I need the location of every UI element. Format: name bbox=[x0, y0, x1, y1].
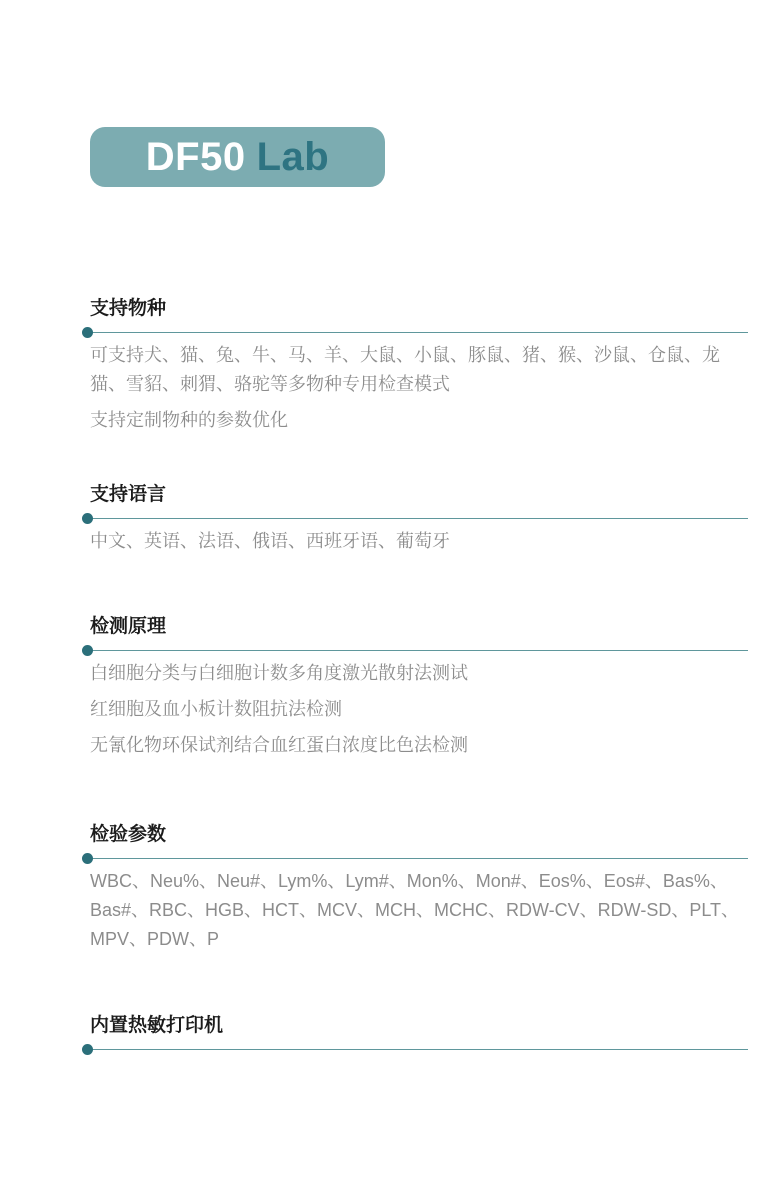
section-divider bbox=[82, 513, 748, 524]
section-test-parameters: 检验参数 WBC、Neu%、Neu#、Lym%、Lym#、Mon%、Mon#、E… bbox=[90, 823, 748, 961]
section-divider bbox=[82, 853, 748, 864]
section-detection-principle: 检测原理 白细胞分类与白细胞计数多角度激光散射法测试 红细胞及血小板计数阻抗法检… bbox=[90, 615, 748, 767]
divider-line bbox=[87, 1049, 748, 1051]
section-paragraph: 中文、英语、法语、俄语、西班牙语、葡萄牙 bbox=[90, 527, 748, 556]
section-body: WBC、Neu%、Neu#、Lym%、Lym#、Mon%、Mon#、Eos%、E… bbox=[90, 867, 748, 954]
section-title: 支持物种 bbox=[90, 297, 748, 321]
section-divider bbox=[82, 645, 748, 656]
section-body: 可支持犬、猫、兔、牛、马、羊、大鼠、小鼠、豚鼠、猪、猴、沙鼠、仓鼠、龙猫、雪貂、… bbox=[90, 341, 748, 435]
section-supported-languages: 支持语言 中文、英语、法语、俄语、西班牙语、葡萄牙 bbox=[90, 483, 748, 563]
divider-dot-icon bbox=[82, 645, 93, 656]
badge-suffix-text: Lab bbox=[257, 135, 330, 180]
section-built-in-printer: 内置热敏打印机 bbox=[90, 1014, 748, 1058]
section-title: 检测原理 bbox=[90, 615, 748, 639]
divider-line bbox=[87, 858, 748, 860]
product-badge: DF50 Lab bbox=[90, 127, 385, 187]
divider-dot-icon bbox=[82, 1044, 93, 1055]
section-paragraph: 支持定制物种的参数优化 bbox=[90, 406, 748, 435]
divider-dot-icon bbox=[82, 853, 93, 864]
divider-line bbox=[87, 332, 748, 334]
section-paragraph: 红细胞及血小板计数阻抗法检测 bbox=[90, 695, 748, 724]
divider-line bbox=[87, 650, 748, 652]
section-paragraph: 可支持犬、猫、兔、牛、马、羊、大鼠、小鼠、豚鼠、猪、猴、沙鼠、仓鼠、龙猫、雪貂、… bbox=[90, 341, 748, 399]
section-paragraph: 无氰化物环保试剂结合血红蛋白浓度比色法检测 bbox=[90, 731, 748, 760]
divider-dot-icon bbox=[82, 513, 93, 524]
section-divider bbox=[82, 1044, 748, 1055]
section-paragraph: WBC、Neu%、Neu#、Lym%、Lym#、Mon%、Mon#、Eos%、E… bbox=[90, 867, 748, 954]
section-title: 内置热敏打印机 bbox=[90, 1014, 748, 1038]
badge-model-text: DF50 bbox=[146, 135, 246, 180]
section-paragraph: 白细胞分类与白细胞计数多角度激光散射法测试 bbox=[90, 659, 748, 688]
section-body: 白细胞分类与白细胞计数多角度激光散射法测试 红细胞及血小板计数阻抗法检测 无氰化… bbox=[90, 659, 748, 760]
section-divider bbox=[82, 327, 748, 338]
section-supported-species: 支持物种 可支持犬、猫、兔、牛、马、羊、大鼠、小鼠、豚鼠、猪、猴、沙鼠、仓鼠、龙… bbox=[90, 297, 748, 442]
divider-dot-icon bbox=[82, 327, 93, 338]
section-body: 中文、英语、法语、俄语、西班牙语、葡萄牙 bbox=[90, 527, 748, 556]
divider-line bbox=[87, 518, 748, 520]
section-title: 检验参数 bbox=[90, 823, 748, 847]
section-title: 支持语言 bbox=[90, 483, 748, 507]
